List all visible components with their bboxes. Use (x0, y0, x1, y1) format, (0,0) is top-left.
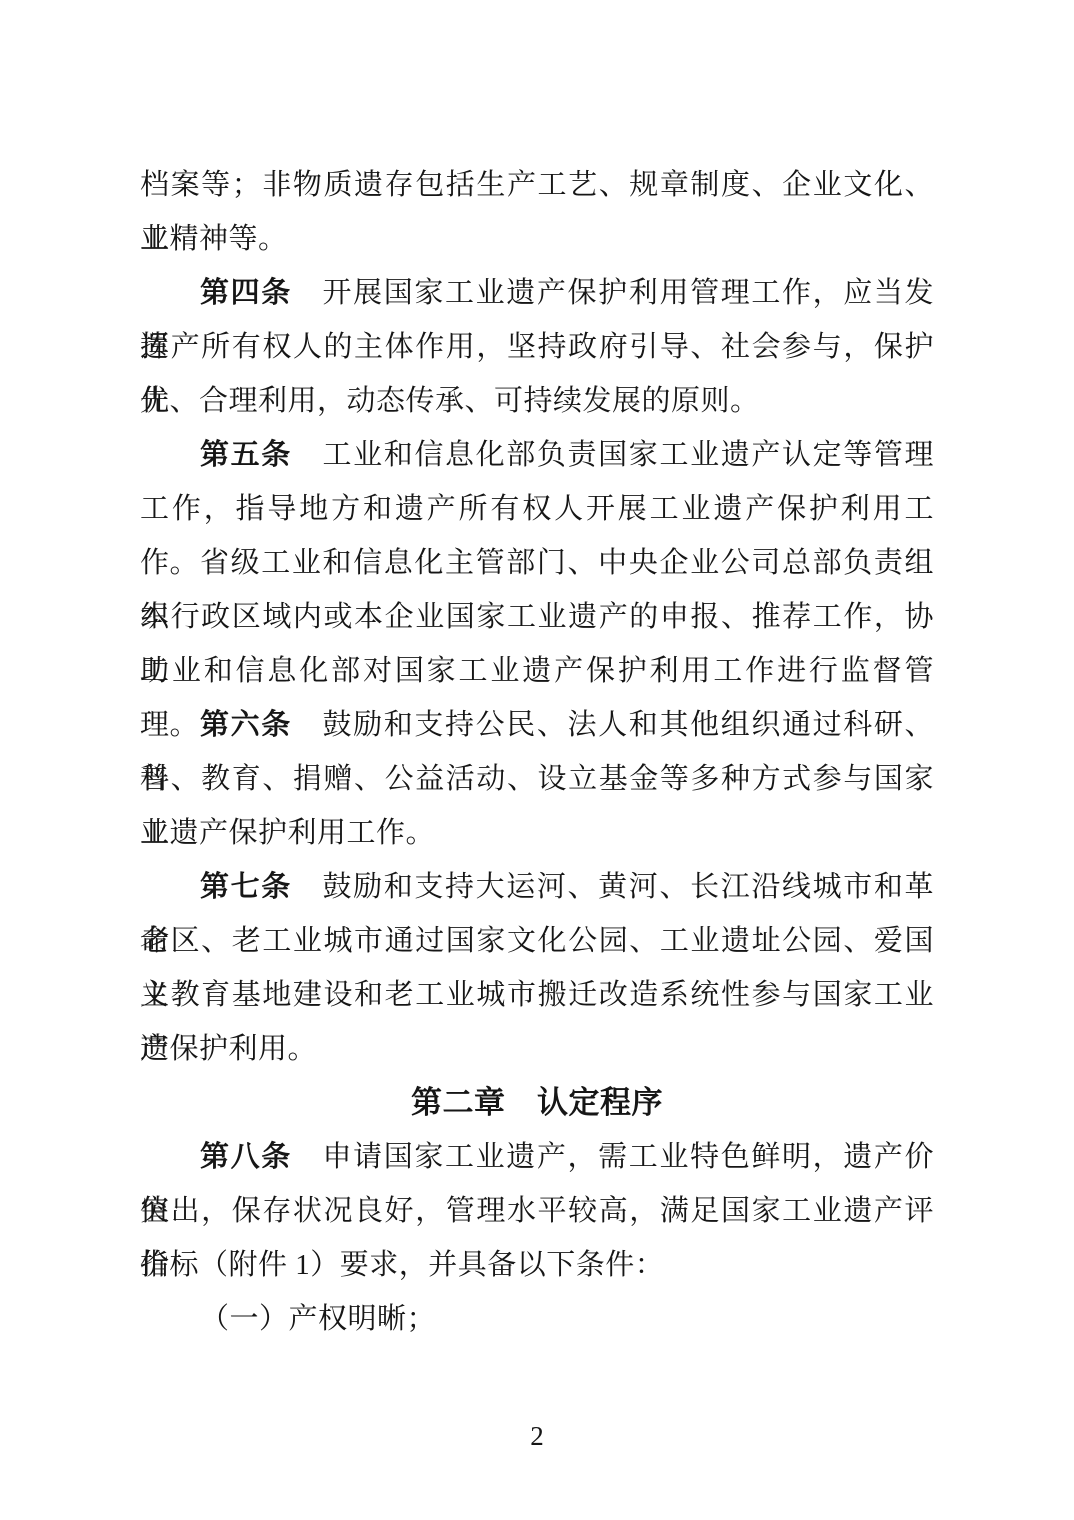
article-number-label: 第七条 (200, 871, 292, 903)
text-line: 第八条 申请国家工业遗产，需工业特色鲜明，遗产价值 (140, 1130, 934, 1184)
text-run: 工业和信息化部负责国家工业遗产认定等管理 (292, 439, 934, 471)
text-run: （一）产权明晰； (200, 1303, 436, 1335)
text-run: 业遗产保护利用工作。 (140, 817, 435, 849)
text-line: 本行政区域内或本企业国家工业遗产的申报、推荐工作，协助 (140, 590, 934, 644)
text-run: 先、合理利用，动态传承、可持续发展的原则。 (140, 385, 760, 417)
text-line: 省级工业和信息化主管部门、中央企业公司总部负责组织 (140, 536, 934, 590)
text-line: 指标（附件 1）要求，并具备以下条件： (140, 1238, 934, 1292)
text-line: 产保护利用。 (140, 1022, 934, 1076)
text-line: 工业和信息化部对国家工业遗产保护利用工作进行监督管理。 (140, 644, 934, 698)
text-line: 突出，保存状况良好，管理水平较高，满足国家工业遗产评价 (140, 1184, 934, 1238)
text-line: 义教育基地建设和老工业城市搬迁改造系统性参与国家工业遗 (140, 968, 934, 1022)
document-page: 档案等；非物质遗存包括生产工艺、规章制度、企业文化、工业精神等。第四条 开展国家… (0, 0, 1074, 1520)
text-run: 指标（附件 1）要求，并具备以下条件： (140, 1249, 664, 1281)
chapter-heading: 第二章 认定程序 (140, 1076, 934, 1130)
text-line: 老区、老工业城市通过国家文化公园、工业遗址公园、爱国主 (140, 914, 934, 968)
text-line: 档案等；非物质遗存包括生产工艺、规章制度、企业文化、工 (140, 158, 934, 212)
text-line: 第四条 开展国家工业遗产保护利用管理工作，应当发挥 (140, 266, 934, 320)
text-line: 业遗产保护利用工作。 (140, 806, 934, 860)
text-line: 普、教育、捐赠、公益活动、设立基金等多种方式参与国家工 (140, 752, 934, 806)
article-number-label: 第五条 (200, 439, 292, 471)
text-line: 业精神等。 (140, 212, 934, 266)
text-line: 第六条 鼓励和支持公民、法人和其他组织通过科研、科 (140, 698, 934, 752)
text-line: 工作，指导地方和遗产所有权人开展工业遗产保护利用工作。 (140, 482, 934, 536)
text-line: 第五条 工业和信息化部负责国家工业遗产认定等管理 (140, 428, 934, 482)
page-number: 2 (0, 1412, 1074, 1460)
document-content: 档案等；非物质遗存包括生产工艺、规章制度、企业文化、工业精神等。第四条 开展国家… (140, 158, 934, 1346)
text-line: 先、合理利用，动态传承、可持续发展的原则。 (140, 374, 934, 428)
text-run: 业精神等。 (140, 223, 288, 255)
article-number-label: 第二章 认定程序 (411, 1085, 663, 1120)
article-number-label: 第四条 (200, 277, 292, 309)
text-line: 遗产所有权人的主体作用，坚持政府引导、社会参与，保护优 (140, 320, 934, 374)
text-line: （一）产权明晰； (140, 1292, 934, 1346)
article-number-label: 第六条 (200, 709, 292, 741)
article-number-label: 第八条 (200, 1141, 292, 1173)
text-line: 第七条 鼓励和支持大运河、黄河、长江沿线城市和革命 (140, 860, 934, 914)
text-run: 产保护利用。 (140, 1033, 317, 1065)
